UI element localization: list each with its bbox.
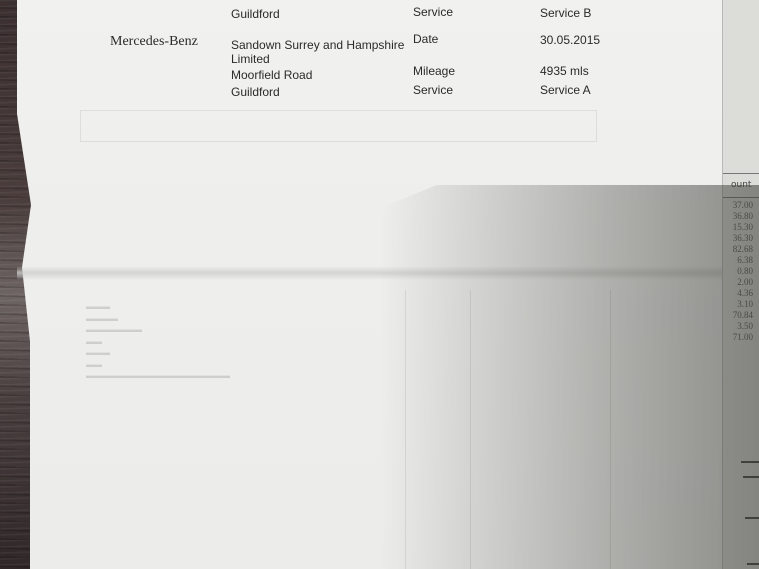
dealer-name-line2: Limited [231, 52, 270, 66]
dealer-name-line1: Sandown Surrey and Hampshire [231, 38, 404, 52]
dealer-town: Guildford [231, 85, 280, 99]
date-label: Date [413, 32, 438, 46]
prev-service-value: Service B [540, 6, 591, 20]
brand-logo-text: Mercedes-Benz [110, 34, 198, 50]
hand-shadow [380, 185, 759, 569]
mileage-label: Mileage [413, 64, 455, 78]
mileage-value: 4935 mls [540, 64, 589, 78]
service-value: Service A [540, 83, 591, 97]
date-value: 30.05.2015 [540, 33, 600, 47]
dealer-street: Moorfield Road [231, 68, 312, 82]
prev-service-label: Service [413, 5, 453, 19]
header-rule [723, 173, 759, 174]
dealer-name: Sandown Surrey and Hampshire Limited [231, 38, 404, 66]
faint-show-through-text: ▬▬▬▬▬▬▬▬▬▬▬▬▬▬▬▬▬▬▬▬▬▬▬▬▬▬▬▬▬▬▬▬▬▬▬▬▬▬▬ [86, 301, 230, 382]
faint-form-box [80, 110, 597, 142]
prev-address-town: Guildford [231, 7, 280, 21]
service-label: Service [413, 83, 453, 97]
